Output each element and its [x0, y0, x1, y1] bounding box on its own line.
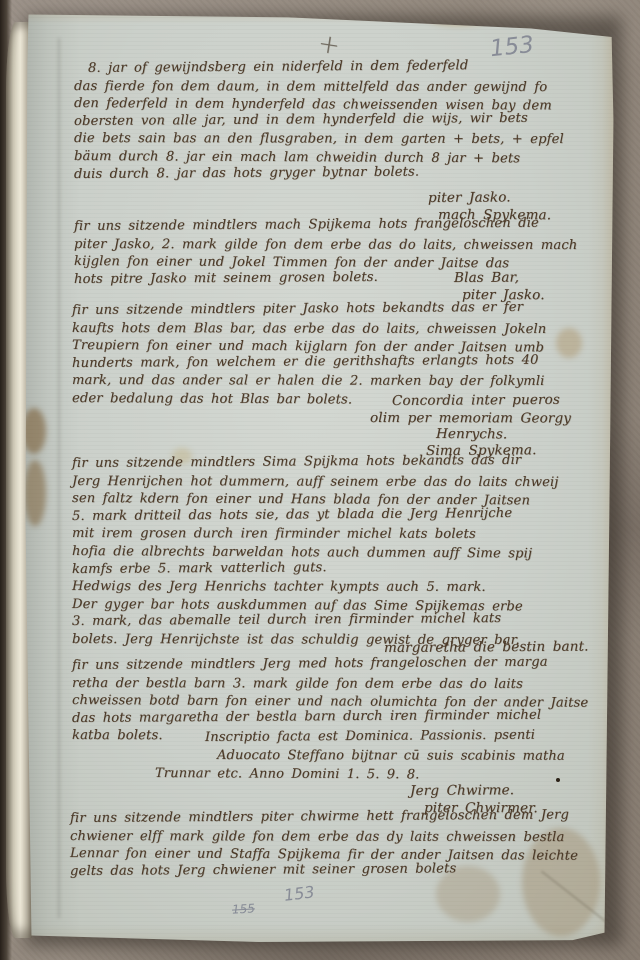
- handwriting-line: kamfs erbe 5. mark vatterlich guts.: [72, 557, 586, 578]
- handwriting-line: 3. mark, das abemalle teil durch iren fi…: [72, 610, 586, 631]
- signature-line: piter Jasko.: [428, 189, 551, 206]
- signature-line: Jerg Chwirme.: [410, 782, 538, 799]
- handwriting-line: mit irem grosen durch iren firminder mic…: [72, 525, 586, 544]
- entry-6: fir uns sitzende mindtlers piter chwirme…: [70, 810, 590, 880]
- handwriting-line: das hots margaretha der bestla barn durc…: [72, 706, 586, 727]
- manuscript-page: + 153 153 155 8. jar of gewijndsberg ein…: [22, 8, 614, 942]
- handwriting-line: hunderts mark, fon welchem er die gerith…: [72, 351, 584, 372]
- handwriting-line: fir uns sitzende mindtlers piter Jasko h…: [72, 298, 584, 319]
- handwriting-line: fir uns sitzende mindtlers Sima Spijkma …: [72, 451, 586, 472]
- folio-number-struck: 155: [232, 901, 256, 916]
- handwriting-line: fir uns sitzende mindtlers mach Spijkema…: [74, 214, 582, 235]
- latin-line: Aduocato Steffano bijtnar cū suis scabin…: [217, 747, 565, 766]
- entry-4: fir uns sitzende mindtlers Sima Spijkma …: [72, 455, 586, 649]
- handwriting-line: retha der bestla barn 3. mark gilde fon …: [72, 675, 586, 694]
- handwriting-line: fir uns sitzende mindtlers piter chwirme…: [70, 806, 590, 827]
- handwriting-line: gelts das hots Jerg chwiener mit seiner …: [70, 859, 590, 880]
- handwriting-line: fir uns sitzende mindtlers Jerg med hots…: [72, 653, 586, 674]
- handwriting-line: duis durch 8. jar das hots gryger bytnar…: [74, 162, 582, 183]
- latin-line: Henrychs.: [436, 426, 571, 443]
- latin-line: Inscriptio facta est Dominica. Passionis…: [205, 726, 565, 746]
- stain: [24, 460, 46, 526]
- handwriting-line: mark, und das ander sal er halen die 2. …: [72, 372, 584, 391]
- handwriting-line: chwiener elff mark gilde fon dem erbe da…: [70, 828, 590, 847]
- latin-line: Concordia inter pueros: [392, 392, 571, 410]
- handwriting-line: 5. mark dritteil das hots sie, das yt bl…: [72, 504, 586, 525]
- handwriting-line: das fierde fon dem daum, in dem mittelfe…: [74, 78, 582, 97]
- folio-number-bottom: 153: [283, 882, 316, 905]
- latin-note-concordia: Concordia inter pueros olim per memoriam…: [370, 393, 571, 459]
- handwriting-line: Jerg Henrijchen hot dummern, auff seinem…: [72, 473, 586, 492]
- photograph-of-manuscript: { "colors":{"ink":"#4b3927","paper":"#cb…: [0, 0, 640, 960]
- handwriting-line: 8. jar of gewijndsberg ein niderfeld in …: [74, 56, 582, 77]
- signature-line: Blas Bar,: [454, 269, 545, 286]
- ink-cross-mark: +: [316, 28, 342, 61]
- handwriting-line: kaufts hots dem Blas bar, das erbe das d…: [72, 320, 584, 339]
- latin-closing: Inscriptio facta est Dominica. Passionis…: [205, 729, 565, 782]
- handwriting-line: die bets sain bas an den flusgraben, in …: [74, 130, 582, 149]
- handwriting-line: piter Jasko, 2. mark gilde fon dem erbe …: [74, 236, 582, 255]
- latin-line: olim per memoriam Georgy: [370, 410, 571, 427]
- handwriting-line: obersten von alle jar, und in dem hynder…: [74, 109, 582, 130]
- entry-1: 8. jar of gewijndsberg ein niderfeld in …: [74, 60, 582, 183]
- gutter-crease: [58, 38, 60, 918]
- handwriting-line: Hedwigs des Jerg Henrichs tachter kympts…: [72, 578, 586, 597]
